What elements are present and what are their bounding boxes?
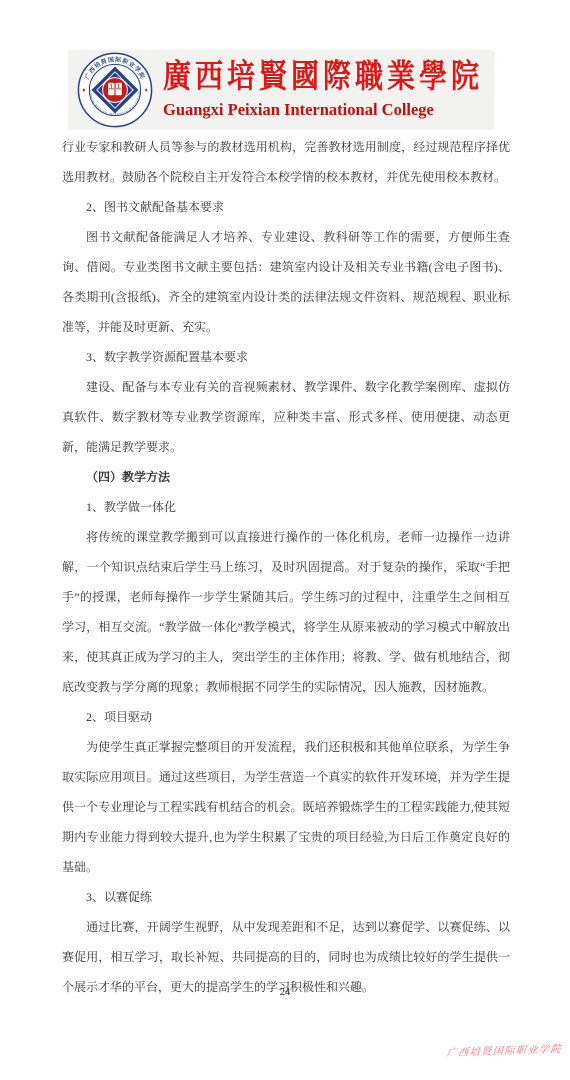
college-watermark: 广西培贤国际职业学院 (446, 1040, 563, 1059)
college-title-block: 廣西培賢國際職業學院 Guangxi Peixian International… (163, 61, 483, 120)
page-number: 24 (0, 987, 570, 998)
paragraph: 建设、配备与本专业有关的音视频素材、教学课件、数字化教学案例库、虚拟仿真软件、数… (62, 372, 510, 462)
college-header-banner: 广西培贤国际职业学院 GUANGXI PEIXIAN INTERNATIONAL… (68, 50, 494, 130)
paragraph: 行业专家和教研人员等参与的教材选用机构，完善教材选用制度，经过规范程序择优选用教… (62, 132, 510, 192)
numbered-subheading: 3、以赛促练 (62, 882, 510, 912)
college-name-english: Guangxi Peixian International College (163, 100, 434, 120)
paragraph: 图书文献配备能满足人才培养、专业建设、教科研等工作的需要，方便师生查询、借阅。专… (62, 222, 510, 342)
document-page: 广西培贤国际职业学院 GUANGXI PEIXIAN INTERNATIONAL… (0, 0, 570, 1080)
college-name-chinese: 廣西培賢國際職業學院 (163, 58, 483, 97)
numbered-subheading: 2、图书文献配备基本要求 (62, 192, 510, 222)
numbered-subheading: 3、数字教学资源配置基本要求 (62, 342, 510, 372)
paragraph: 为使学生真正掌握完整项目的开发流程，我们还积极和其他单位联系，为学生争取实际应用… (62, 732, 510, 882)
numbered-subheading: 1、教学做一体化 (62, 492, 510, 522)
section-heading: （四）教学方法 (62, 462, 510, 492)
document-body: 行业专家和教研人员等参与的教材选用机构，完善教材选用制度，经过规范程序择优选用教… (62, 132, 510, 1002)
paragraph: 将传统的课堂教学搬到可以直接进行操作的一体化机房，老师一边操作一边讲解，一个知识… (62, 522, 510, 702)
college-seal-logo: 广西培贤国际职业学院 GUANGXI PEIXIAN INTERNATIONAL… (77, 52, 153, 128)
numbered-subheading: 2、项目驱动 (62, 702, 510, 732)
